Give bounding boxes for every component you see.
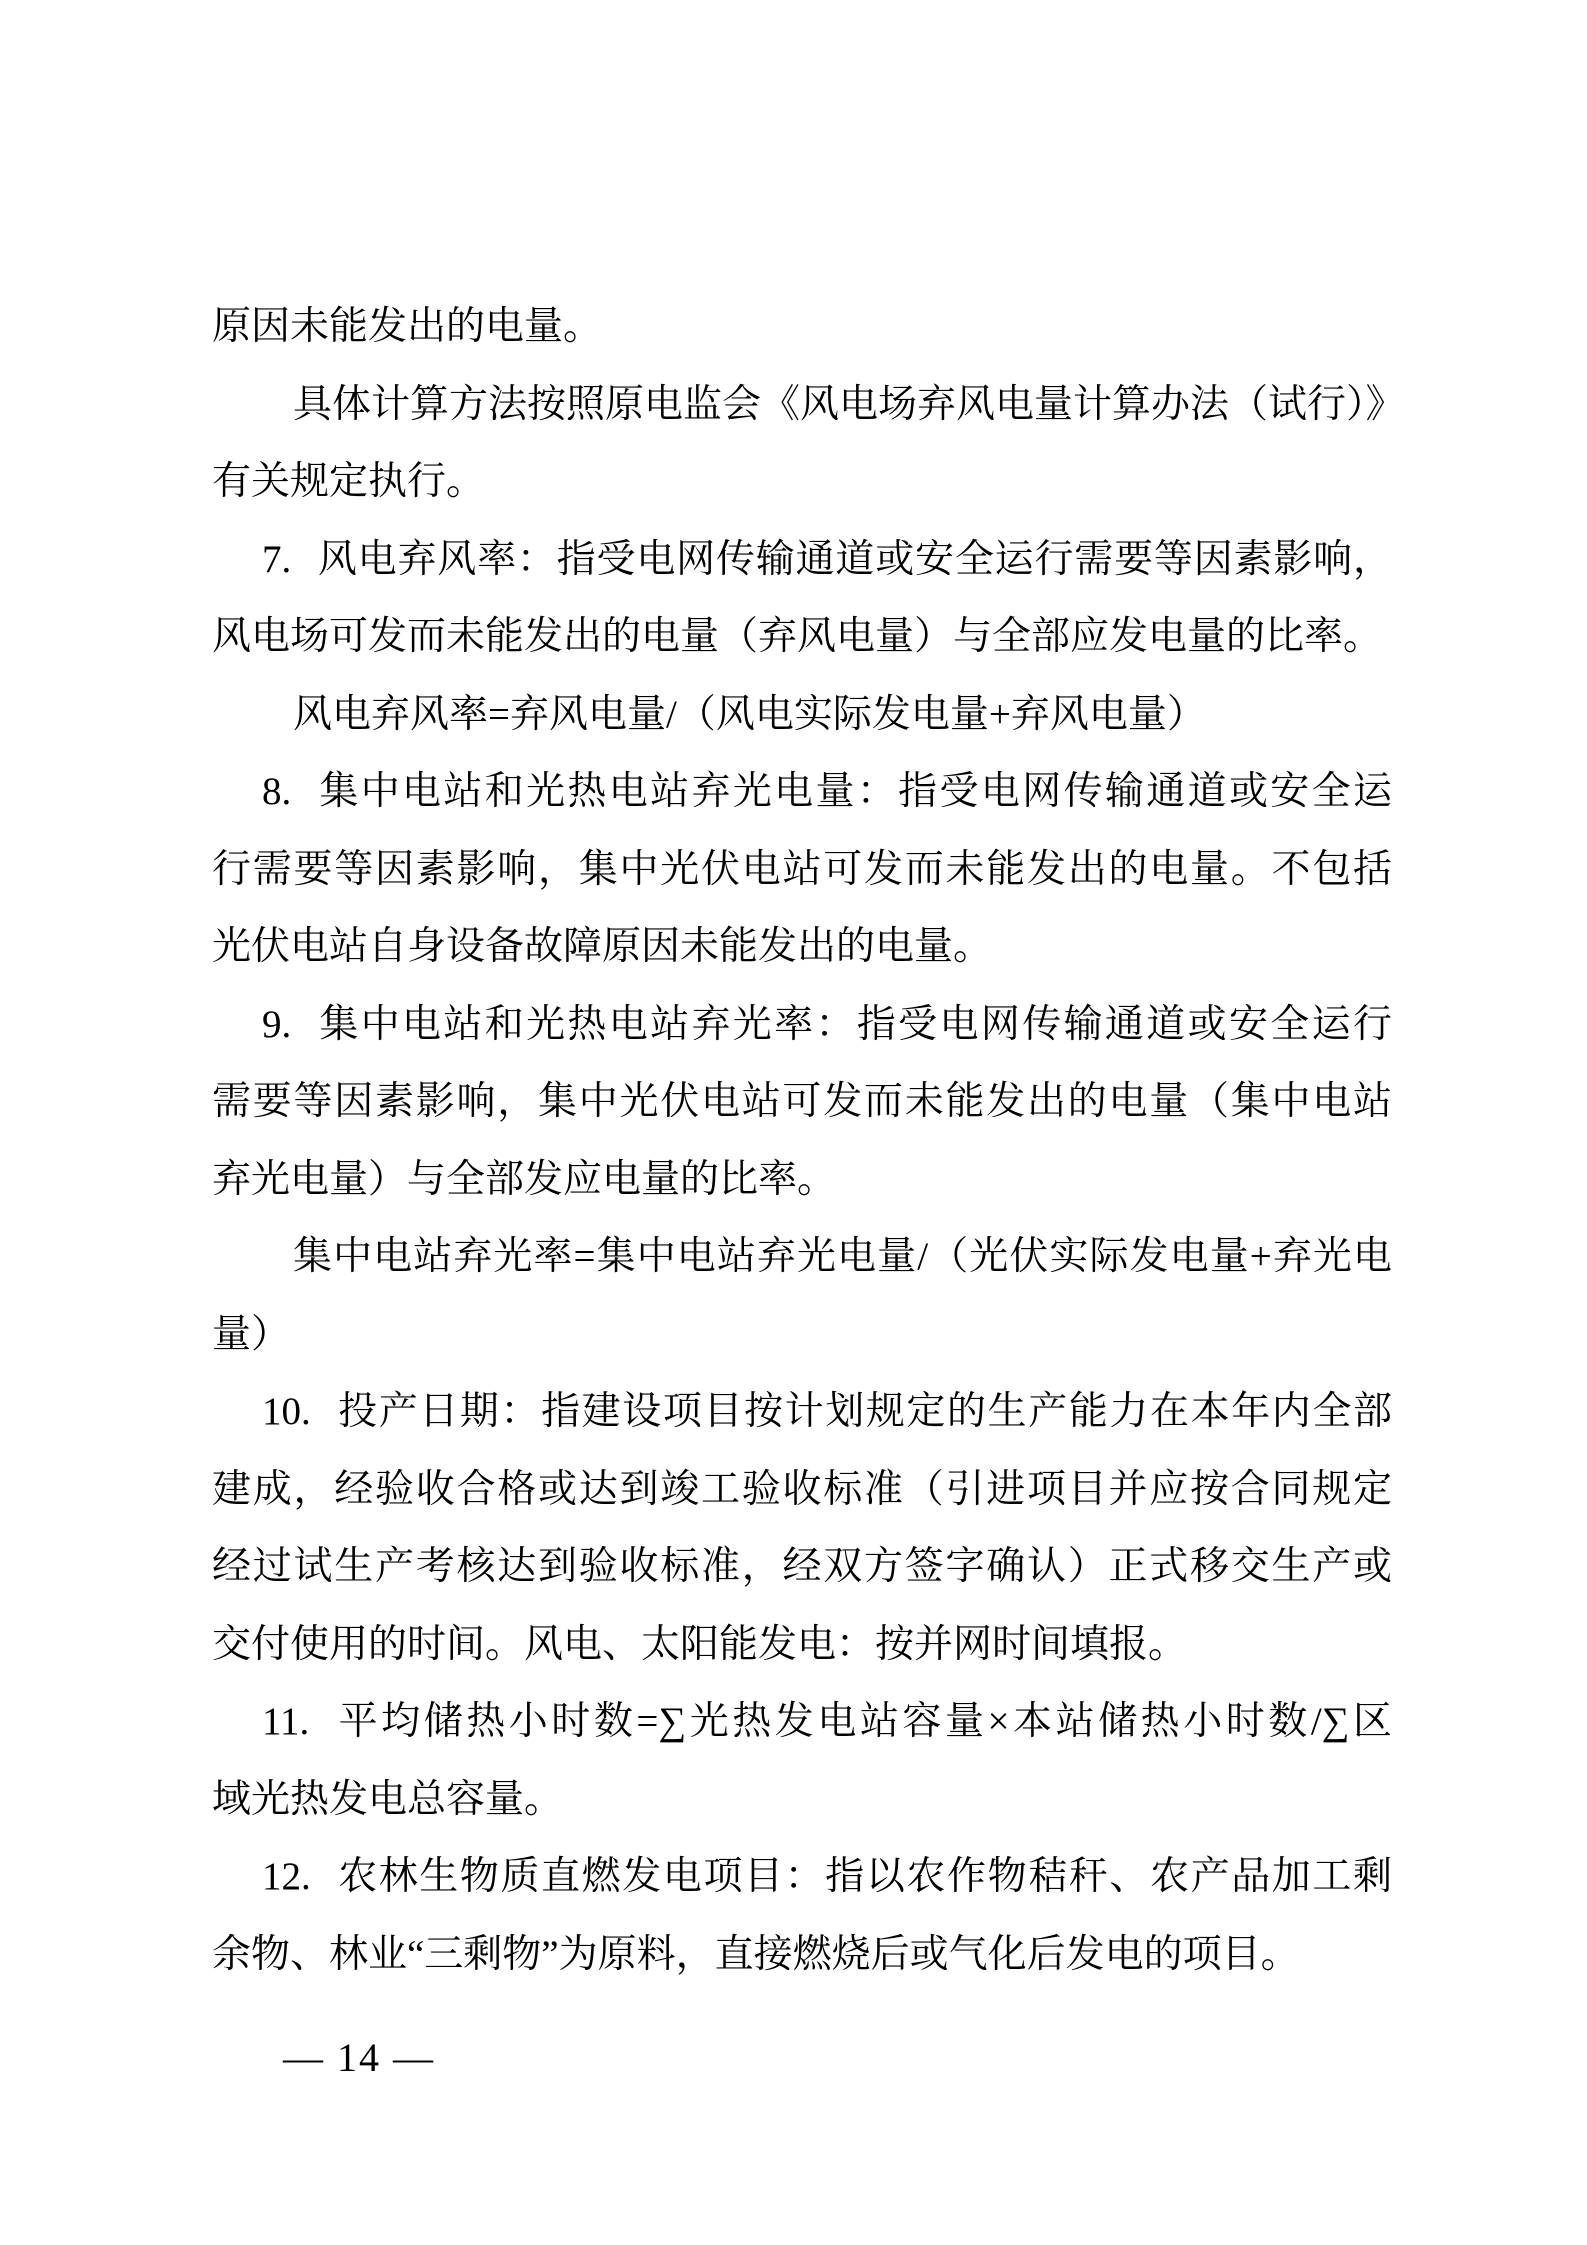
text-line: 行需要等因素影响，集中光伏电站可发而未能发出的电量。不包括 — [212, 831, 1392, 909]
text-line: 余物、林业“三剩物”为原料，直接燃烧后或气化后发电的项目。 — [212, 1916, 1392, 1994]
text-line: 集中电站弃光率=集中电站弃光电量/（光伏实际发电量+弃光电 — [212, 1218, 1392, 1296]
text-line: 有关规定执行。 — [212, 443, 1392, 521]
text-line: 原因未能发出的电量。 — [212, 288, 1392, 366]
text-line: 9. 集中电站和光热电站弃光率：指受电网传输通道或安全运行 — [212, 986, 1392, 1064]
text-line: 11. 平均储热小时数=∑光热发电站容量×本站储热小时数/∑区 — [212, 1683, 1392, 1761]
page-footer: — 14 — — [283, 2038, 435, 2078]
text-line: 具体计算方法按照原电监会《风电场弃风电量计算办法（试行）》 — [212, 366, 1392, 444]
text-line: 交付使用的时间。风电、太阳能发电：按并网时间填报。 — [212, 1606, 1392, 1684]
text-line: 7. 风电弃风率：指受电网传输通道或安全运行需要等因素影响， — [212, 521, 1392, 599]
text-line: 经过试生产考核达到验收标准，经双方签字确认）正式移交生产或 — [212, 1528, 1392, 1606]
document-page: 原因未能发出的电量。 具体计算方法按照原电监会《风电场弃风电量计算办法（试行）》… — [0, 0, 1587, 2245]
text-line: 风电弃风率=弃风电量/（风电实际发电量+弃风电量） — [212, 676, 1392, 754]
text-line: 风电场可发而未能发出的电量（弃风电量）与全部应发电量的比率。 — [212, 598, 1392, 676]
text-line: 量） — [212, 1296, 1392, 1374]
text-line: 光伏电站自身设备故障原因未能发出的电量。 — [212, 908, 1392, 986]
text-line: 建成，经验收合格或达到竣工验收标准（引进项目并应按合同规定 — [212, 1451, 1392, 1529]
text-line: 10. 投产日期：指建设项目按计划规定的生产能力在本年内全部 — [212, 1373, 1392, 1451]
page-number: — 14 — — [283, 2035, 435, 2080]
text-line: 域光热发电总容量。 — [212, 1761, 1392, 1839]
text-line: 需要等因素影响，集中光伏电站可发而未能发出的电量（集中电站 — [212, 1063, 1392, 1141]
text-line: 12. 农林生物质直燃发电项目：指以农作物秸秆、农产品加工剩 — [212, 1838, 1392, 1916]
document-body: 原因未能发出的电量。 具体计算方法按照原电监会《风电场弃风电量计算办法（试行）》… — [212, 288, 1392, 1993]
text-line: 弃光电量）与全部发应电量的比率。 — [212, 1141, 1392, 1219]
text-line: 8. 集中电站和光热电站弃光电量：指受电网传输通道或安全运 — [212, 753, 1392, 831]
